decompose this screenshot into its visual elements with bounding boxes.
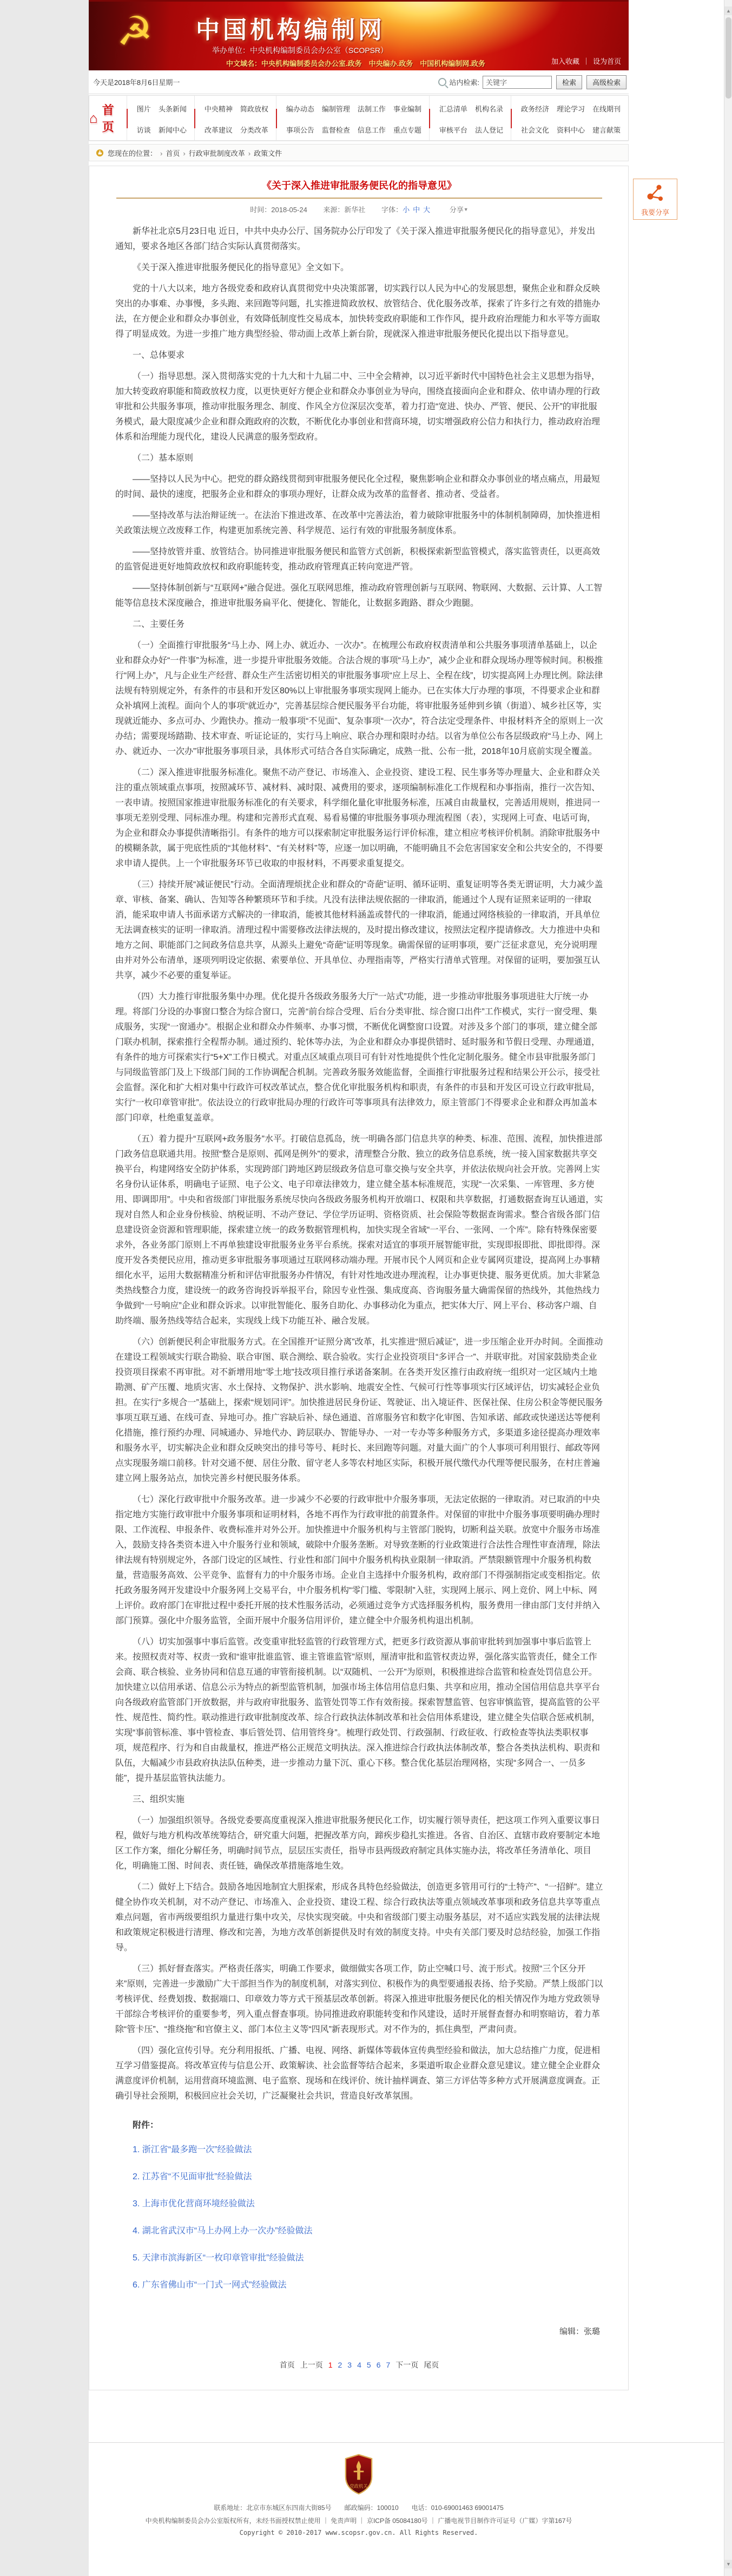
nav-row: 图片头条新闻 bbox=[137, 103, 187, 114]
article-paragraph: ——坚持体制创新与“互联网+”融合促进。强化互联网思维，推动政府管理创新与互联网… bbox=[115, 581, 603, 611]
nav-link[interactable]: 分类改革 bbox=[240, 124, 268, 135]
article-paragraph: ——坚持改革与法治辩证统一。在法治下推进改革、在改革中完善法治，着力破除审批服务… bbox=[115, 508, 603, 539]
nav-link[interactable]: 事项公告 bbox=[286, 124, 314, 135]
site-search: 站内检索: 检索 高级检索 bbox=[438, 75, 627, 89]
nav-link[interactable]: 中央精神 bbox=[205, 103, 233, 114]
breadcrumb-link[interactable]: 行政审批制度改革 bbox=[180, 148, 245, 158]
article-paragraph: （三）持续开展“减证便民”行动。全面清理烦扰企业和群众的“奇葩”证明、循环证明、… bbox=[115, 877, 603, 984]
nav-link[interactable]: 法制工作 bbox=[358, 103, 386, 114]
site-domains: 中文域名：中央机构编制委员会办公室.政务 中央编办.政务 中国机构编制网.政务 bbox=[226, 58, 485, 68]
nav-group-news: 图片头条新闻 访谈新闻中心 bbox=[127, 96, 194, 140]
attachment-link[interactable]: 4. 湖北省武汉市“马上办网上办一次办”经验做法 bbox=[133, 2226, 312, 2236]
nav-link[interactable]: 简政放权 bbox=[240, 103, 268, 114]
attachment-link[interactable]: 2. 江苏省“不见面审批”经验做法 bbox=[133, 2172, 252, 2181]
nav-row: 改革建议分类改革 bbox=[205, 124, 268, 135]
article-paragraph: （八）切实加强事中事后监管。改变重审批轻监管的行政管理方式，把更多行政资源从事前… bbox=[115, 1635, 603, 1786]
nav-row: 汇总清单机构名录 bbox=[439, 103, 503, 114]
nav-link[interactable]: 事业编制 bbox=[393, 103, 421, 114]
nav-link[interactable]: 机构名录 bbox=[475, 103, 503, 114]
article-paragraph: （四）大力推行审批服务集中办理。优化提升各级政务服务大厅“一站式”功能，进一步推… bbox=[115, 989, 603, 1126]
article-paragraph: ——坚持以人民为中心。把党的群众路线贯彻到审批服务便民化全过程，聚焦影响企业和群… bbox=[115, 472, 603, 502]
article-paragraph: （二）基本原则 bbox=[115, 451, 603, 466]
attachment-item: 5. 天津市滨海新区“一枚印章管审批”经验做法 bbox=[115, 2251, 603, 2266]
scrollbar[interactable]: ▲ ▼ bbox=[724, 0, 732, 2576]
main-nav: ⌂ 首 页 图片头条新闻 访谈新闻中心 中央精神简政放权 改革建议分类改革 编办… bbox=[89, 95, 629, 141]
nav-row: 访谈新闻中心 bbox=[137, 124, 187, 135]
pagination: 首页上一页1234567下一页尾页 bbox=[115, 2359, 603, 2370]
font-size-options: 小中大 bbox=[403, 206, 433, 214]
nav-link[interactable]: 重点专题 bbox=[393, 124, 421, 135]
attachment-item: 2. 江苏省“不见面审批”经验做法 bbox=[115, 2169, 603, 2185]
share-widget-label: 我要分享 bbox=[634, 207, 677, 217]
set-homepage-link[interactable]: 设为首页 bbox=[593, 57, 621, 65]
page-footer: 党政机关 联系地址：北京市东城区东四南大街85号 邮政编码：100010 电话：… bbox=[89, 2442, 724, 2560]
pagination-item[interactable]: 尾页 bbox=[424, 2361, 439, 2369]
article-meta: 时间：2018-05-24 来源：新华社 字体：小中大 分享▼ bbox=[115, 204, 603, 214]
nav-link[interactable]: 改革建议 bbox=[205, 124, 233, 135]
nav-link[interactable]: 审核平台 bbox=[439, 124, 467, 135]
pagination-item[interactable]: 6 bbox=[377, 2361, 381, 2369]
nav-group-reform: 中央精神简政放权 改革建议分类改革 bbox=[194, 96, 276, 140]
chevron-down-icon: ▼ bbox=[464, 207, 469, 212]
party-emblem-icon: ☭ bbox=[117, 11, 153, 51]
title-divider bbox=[116, 198, 602, 199]
nav-group-work: 编办动态编制管理法制工作事业编制 事项公告监督检查信息工作重点专题 bbox=[276, 96, 429, 140]
nav-link[interactable]: 监督检查 bbox=[322, 124, 350, 135]
article-paragraph: （六）创新便民利企审批服务方式。在全国推开“证照分离”改革，扎实推进“照后减证”… bbox=[115, 1335, 603, 1486]
nav-link[interactable]: 图片 bbox=[137, 103, 151, 114]
font-medium-button[interactable]: 中 bbox=[413, 206, 420, 214]
article-source: 来源：新华社 bbox=[323, 206, 365, 214]
search-label: 站内检索: bbox=[449, 77, 479, 87]
article-paragraph: 新华社北京5月23日电 近日，中共中央办公厅、国务院办公厅印发了《关于深入推进审… bbox=[115, 224, 603, 254]
nav-row: 政务经济理论学习在线期刊 bbox=[521, 103, 621, 114]
article-paragraph: （四）强化宣传引导。充分利用报纸、广播、电视、网络、新媒体等载体宣传典型经验和做… bbox=[115, 2043, 603, 2104]
pagination-item[interactable]: 1 bbox=[328, 2361, 333, 2369]
font-large-button[interactable]: 大 bbox=[423, 206, 430, 214]
top-utility-bar: 今天是2018年8月6日星期一 站内检索: 检索 高级检索 bbox=[89, 70, 629, 94]
pagination-item[interactable]: 7 bbox=[386, 2361, 390, 2369]
share-widget[interactable]: 我要分享 bbox=[633, 179, 677, 220]
article-paragraph: ——坚持放管并重、放管结合。协同推进审批服务便民和监管方式创新，积极探索新型监管… bbox=[115, 545, 603, 575]
pagination-item[interactable]: 4 bbox=[357, 2361, 361, 2369]
share-nodes-icon bbox=[646, 183, 664, 202]
article-paragraph: （二）深入推进审批服务标准化。聚焦不动产登记、市场准入、企业投资、建设工程、民生… bbox=[115, 765, 603, 871]
footer-contact: 联系地址：北京市东城区东四南大街85号 邮政编码：100010 电话：010-6… bbox=[89, 2503, 629, 2512]
nav-link[interactable]: 信息工作 bbox=[358, 124, 386, 135]
nav-link[interactable]: 头条新闻 bbox=[159, 103, 187, 114]
nav-row: 事项公告监督检查信息工作重点专题 bbox=[286, 124, 421, 135]
breadcrumb-prefix: 您现在的位置： bbox=[108, 148, 157, 158]
attachment-link[interactable]: 6. 广东省佛山市“一门式一网式”经验做法 bbox=[133, 2280, 286, 2290]
nav-link[interactable]: 汇总清单 bbox=[439, 103, 467, 114]
nav-link[interactable]: 资料中心 bbox=[557, 124, 585, 135]
article-paragraph: （一）指导思想。深入贯彻落实党的十九大和十九届二中、三中全会精神，以习近平新时代… bbox=[115, 369, 603, 445]
nav-link[interactable]: 访谈 bbox=[137, 124, 151, 135]
site-banner: ☭ 中国机构编制网 举办单位：中央机构编制委员会办公室（SCOPSR） 中文域名… bbox=[89, 0, 629, 70]
banner-quick-links: 加入收藏｜设为首页 bbox=[551, 56, 621, 66]
attachment-item: 4. 湖北省武汉市“马上办网上办一次办”经验做法 bbox=[115, 2224, 603, 2239]
article-paragraph: 二、主要任务 bbox=[115, 617, 603, 632]
link-separator: ｜ bbox=[583, 57, 590, 65]
nav-link[interactable]: 政务经济 bbox=[521, 103, 549, 114]
attachments-list: 1. 浙江省“最多跑一次”经验做法2. 江苏省“不见面审批”经验做法3. 上海市… bbox=[115, 2142, 603, 2293]
scroll-up-arrow-icon[interactable]: ▲ bbox=[724, 6, 732, 15]
pagination-item[interactable]: 首页 bbox=[280, 2361, 295, 2369]
site-title: 中国机构编制网 bbox=[196, 10, 385, 45]
attachment-item: 3. 上海市优化营商环境经验做法 bbox=[115, 2197, 603, 2212]
page-container: ☭ 中国机构编制网 举办单位：中央机构编制委员会办公室（SCOPSR） 中文域名… bbox=[89, 0, 724, 2576]
breadcrumb: 您现在的位置： 首页行政审批制度改革政策文件 bbox=[89, 144, 629, 161]
footer-copyright-en: Copyright © 2010-2017 www.scopsr.gov.cn.… bbox=[89, 2529, 629, 2536]
nav-link[interactable]: 理论学习 bbox=[557, 103, 585, 114]
article: 《关于深入推进审批服务便民化的指导意见》 时间：2018-05-24 来源：新华… bbox=[89, 166, 629, 2390]
pagination-item[interactable]: 5 bbox=[367, 2361, 371, 2369]
nav-row: 中央精神简政放权 bbox=[205, 103, 268, 114]
article-paragraph: （一）全面推行审批服务“马上办、网上办、就近办、一次办”。在梳理公布政府权责清单… bbox=[115, 638, 603, 759]
attachment-link[interactable]: 1. 浙江省“最多跑一次”经验做法 bbox=[133, 2145, 252, 2154]
nav-link[interactable]: 法人登记 bbox=[475, 124, 503, 135]
attachment-item: 1. 浙江省“最多跑一次”经验做法 bbox=[115, 2142, 603, 2158]
pointer-hand-icon bbox=[96, 149, 104, 157]
pagination-item[interactable]: 下一页 bbox=[395, 2361, 418, 2369]
publish-time: 时间：2018-05-24 bbox=[250, 206, 307, 214]
attachment-link[interactable]: 3. 上海市优化营商环境经验做法 bbox=[133, 2199, 255, 2208]
nav-group-registry: 汇总清单机构名录 审核平台法人登记 bbox=[429, 96, 511, 140]
add-favorite-link[interactable]: 加入收藏 bbox=[551, 57, 579, 65]
nav-link[interactable]: 建言献策 bbox=[592, 124, 621, 135]
nav-home[interactable]: ⌂ 首 页 bbox=[89, 96, 127, 140]
attachments-label: 附件： bbox=[115, 2118, 603, 2131]
editor-credit: 编辑：张璐 bbox=[115, 2325, 603, 2337]
article-paragraph: 党的十八大以来，地方各级党委和政府认真贯彻党中央决策部署，切实践行以人民为中心的… bbox=[115, 281, 603, 342]
nav-home-label: 首 页 bbox=[102, 101, 127, 135]
nav-link[interactable]: 编办动态 bbox=[286, 103, 314, 114]
search-button[interactable]: 检索 bbox=[556, 75, 582, 89]
breadcrumb-link[interactable]: 首页 bbox=[157, 148, 180, 158]
search-input[interactable] bbox=[483, 76, 552, 89]
current-date: 今天是2018年8月6日星期一 bbox=[93, 77, 180, 87]
article-paragraph: 三、组织实施 bbox=[115, 1792, 603, 1807]
pagination-item[interactable]: 2 bbox=[338, 2361, 342, 2369]
article-paragraph: （二）做好上下结合。鼓励各地因地制宜大胆探索，形成各具特色经验做法，创造更多管用… bbox=[115, 1880, 603, 1956]
article-title: 《关于深入推进审批服务便民化的指导意见》 bbox=[115, 178, 603, 192]
nav-link[interactable]: 编制管理 bbox=[322, 103, 350, 114]
article-paragraph: （七）深化行政审批中介服务改革。进一步减少不必要的行政审批中介服务事项，无法定依… bbox=[115, 1492, 603, 1629]
font-size-label: 字体： bbox=[381, 206, 403, 214]
nav-link[interactable]: 在线期刊 bbox=[592, 103, 621, 114]
badge-label: 党政机关 bbox=[349, 2483, 368, 2489]
breadcrumb-list: 首页行政审批制度改革政策文件 bbox=[157, 148, 282, 158]
nav-row: 社会文化资料中心建言献策 bbox=[521, 124, 621, 135]
nav-row: 审核平台法人登记 bbox=[439, 124, 503, 135]
government-badge: 党政机关 bbox=[344, 2454, 374, 2498]
attachment-item: 6. 广东省佛山市“一门式一网式”经验做法 bbox=[115, 2278, 603, 2293]
article-paragraph: （三）抓好督查落实。严格责任落实，明确工作要求，做细做实各项工作，防止空喊口号、… bbox=[115, 1962, 603, 2037]
font-small-button[interactable]: 小 bbox=[403, 206, 410, 214]
scrollbar-thumb[interactable] bbox=[726, 17, 731, 99]
nav-link[interactable]: 社会文化 bbox=[521, 124, 549, 135]
scroll-down-arrow-icon[interactable]: ▼ bbox=[724, 2560, 732, 2568]
pagination-item[interactable]: 上一页 bbox=[300, 2361, 323, 2369]
footer-copyright-cn: 中央机构编制委员会办公室版权所有，未经书面授权禁止使用 ｜ 免责声明 ｜ 京IC… bbox=[89, 2516, 629, 2525]
site-organizer: 举办单位：中央机构编制委员会办公室（SCOPSR） bbox=[212, 45, 388, 56]
article-paragraph: （五）着力提升“互联网+政务服务”水平。打破信息孤岛，统一明确各部门信息共享的种… bbox=[115, 1132, 603, 1329]
nav-row: 编办动态编制管理法制工作事业编制 bbox=[286, 103, 421, 114]
share-button[interactable]: 分享▼ bbox=[450, 206, 469, 214]
nav-link[interactable]: 新闻中心 bbox=[159, 124, 187, 135]
breadcrumb-link[interactable]: 政策文件 bbox=[245, 148, 282, 158]
home-icon: ⌂ bbox=[89, 111, 98, 125]
nav-group-resources: 政务经济理论学习在线期刊 社会文化资料中心建言献策 bbox=[511, 96, 628, 140]
search-icon bbox=[438, 78, 446, 86]
article-paragraph: 《关于深入推进审批服务便民化的指导意见》全文如下。 bbox=[115, 260, 603, 276]
article-paragraph: （一）加强组织领导。各级党委要高度重视深入推进审批服务便民化工作，切实履行领导责… bbox=[115, 1813, 603, 1874]
advanced-search-button[interactable]: 高级检索 bbox=[586, 75, 627, 89]
article-body: 新华社北京5月23日电 近日，中共中央办公厅、国务院办公厅印发了《关于深入推进审… bbox=[115, 224, 603, 2104]
article-paragraph: 一、总体要求 bbox=[115, 348, 603, 363]
pagination-item[interactable]: 3 bbox=[347, 2361, 352, 2369]
attachment-link[interactable]: 5. 天津市滨海新区“一枚印章管审批”经验做法 bbox=[133, 2253, 304, 2263]
